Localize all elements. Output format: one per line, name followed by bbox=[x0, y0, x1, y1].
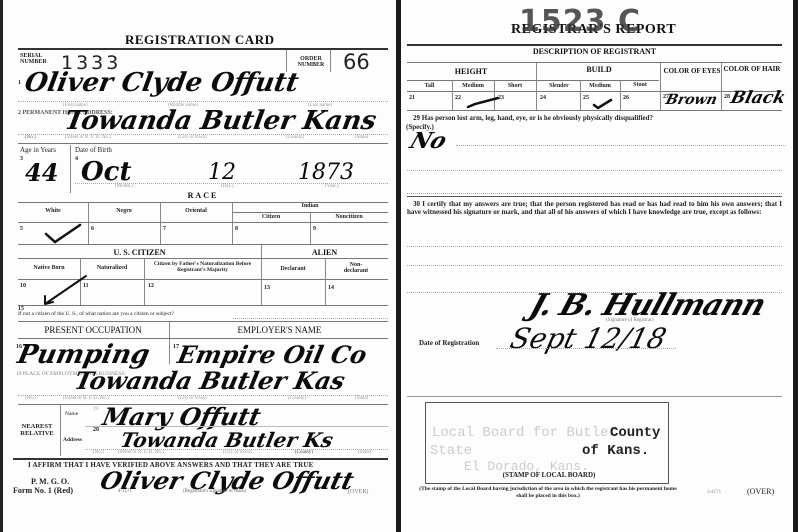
build-medium-label: Medium bbox=[580, 83, 620, 89]
alien-title: ALIEN bbox=[261, 248, 388, 257]
sublabel: (State) bbox=[355, 135, 368, 140]
page-edge bbox=[793, 0, 798, 532]
over-label: (OVER) bbox=[348, 489, 368, 495]
local-board-stamp-box: Local Board for Butler County State of K… bbox=[425, 402, 669, 484]
divider bbox=[18, 338, 388, 339]
field-number: 13 bbox=[264, 285, 270, 291]
field-number: 10 bbox=[20, 283, 26, 289]
divider bbox=[18, 321, 388, 322]
field-number: 8 bbox=[235, 226, 238, 232]
form-code: 4-1171 bbox=[118, 489, 132, 494]
field-number: 12 bbox=[148, 283, 154, 289]
sublabel: (State) bbox=[358, 450, 371, 455]
divider bbox=[144, 258, 145, 305]
sublabel: (Year.) bbox=[325, 184, 339, 189]
divider bbox=[660, 63, 661, 110]
stamp-line-2-faded: State bbox=[430, 443, 472, 459]
divider bbox=[407, 44, 782, 46]
field-number: 25 bbox=[583, 95, 589, 101]
divider bbox=[160, 202, 161, 244]
checkmark-icon bbox=[591, 98, 613, 110]
description-title: DESCRIPTION OF REGISTRANT bbox=[407, 47, 782, 56]
field-number: 19 bbox=[93, 407, 98, 412]
divider bbox=[407, 80, 659, 81]
build-stout-label: Stout bbox=[620, 82, 660, 88]
q15-question: If not a citizen of the U. S., of what n… bbox=[18, 312, 174, 318]
hair-color-value: Black bbox=[729, 88, 788, 108]
field-number: 3 bbox=[20, 156, 23, 162]
order-number-label: ORDER NUMBER bbox=[292, 56, 330, 69]
height-medium-label: Medium bbox=[452, 83, 494, 89]
divider bbox=[232, 202, 233, 244]
divider bbox=[407, 196, 782, 197]
relative-address-label: Address bbox=[63, 438, 82, 444]
divider bbox=[536, 63, 537, 110]
divider bbox=[88, 202, 89, 244]
divider bbox=[18, 143, 388, 144]
divider bbox=[407, 193, 782, 194]
field-number: 4 bbox=[75, 156, 78, 162]
q29-answer: No bbox=[406, 128, 450, 154]
divider bbox=[407, 246, 782, 247]
divider bbox=[407, 265, 782, 266]
checkmark-icon bbox=[41, 274, 89, 308]
field-number: 9 bbox=[313, 226, 316, 232]
divider bbox=[233, 318, 388, 319]
divider bbox=[407, 91, 782, 92]
divider bbox=[325, 258, 326, 305]
age-label: Age in Years bbox=[20, 147, 56, 154]
divider bbox=[452, 80, 453, 110]
field-number: 22 bbox=[455, 95, 461, 101]
checkmark-icon bbox=[43, 222, 83, 246]
field-number: 20 bbox=[93, 427, 99, 433]
relative-name-label: Name bbox=[65, 412, 78, 418]
field-number: 21 bbox=[409, 95, 415, 101]
age-value: 44 bbox=[25, 158, 58, 187]
divider bbox=[85, 426, 388, 427]
sublabel: (County) bbox=[295, 450, 313, 455]
height-short-label: Short bbox=[494, 83, 536, 89]
field-number: 24 bbox=[540, 95, 546, 101]
divider bbox=[261, 245, 262, 305]
form-code: 3-4171 bbox=[707, 490, 721, 495]
registrars-report-page: REGISTRAR'S REPORT 1523 C DESCRIPTION OF… bbox=[401, 0, 793, 532]
height-title: HEIGHT bbox=[407, 67, 535, 76]
field-number: 26 bbox=[623, 95, 629, 101]
sublabel: (Street or R. F. D. No.) bbox=[63, 396, 109, 401]
sublabel: (Street or R. F. D. No.) bbox=[65, 135, 111, 140]
date-of-birth-label: Date of Birth bbox=[75, 147, 112, 154]
race-indian-label: Indian bbox=[232, 203, 388, 209]
field-number: 14 bbox=[328, 285, 334, 291]
build-slender-label: Slender bbox=[538, 83, 580, 89]
us-citizen-title: U. S. CITIZEN bbox=[18, 248, 261, 257]
sublabel: (No.) bbox=[93, 450, 104, 455]
divider bbox=[407, 396, 782, 397]
sublabel: (No.) bbox=[25, 135, 36, 140]
date-of-registration-value: Sept 12/18 bbox=[507, 322, 670, 355]
declarant-label: Declarant bbox=[261, 266, 325, 272]
native-born-label: Native Born bbox=[18, 265, 80, 271]
divider bbox=[496, 348, 676, 349]
field-number: 6 bbox=[91, 226, 94, 232]
divider bbox=[580, 80, 581, 110]
sublabel: (City or town) bbox=[178, 396, 207, 401]
divider bbox=[18, 244, 388, 245]
permanent-address-value: Towanda Butler Kans bbox=[62, 106, 378, 136]
sublabel: (County) bbox=[288, 396, 306, 401]
over-label: (OVER) bbox=[747, 488, 774, 496]
divider bbox=[70, 145, 71, 193]
checkmark-icon bbox=[465, 96, 501, 110]
race-title: RACE bbox=[18, 191, 388, 200]
card-title: REGISTRATION CARD bbox=[125, 32, 274, 48]
divider bbox=[18, 101, 388, 102]
stamp-line-1-typed: County bbox=[610, 425, 660, 441]
q29-question: 29 Has person lost arm, leg, hand, eye, … bbox=[413, 115, 653, 122]
sublabel: (City or town) bbox=[178, 135, 207, 140]
stamp-instruction-note: (The stamp of the Local Board having jur… bbox=[417, 486, 679, 500]
race-indian-citizen-label: Citizen bbox=[232, 214, 310, 220]
registration-card-page: REGISTRATION CARD SERIAL NUMBER 1333 ORD… bbox=[0, 0, 398, 532]
stamp-line-1-faded: Local Board for Butler bbox=[432, 425, 617, 441]
stamp-line-2-typed: of Kans. bbox=[582, 443, 649, 459]
field-number: 7 bbox=[163, 226, 166, 232]
divider bbox=[721, 63, 722, 110]
divider bbox=[169, 322, 170, 364]
color-of-hair-title: COLOR OF HAIR bbox=[721, 65, 783, 73]
divider bbox=[407, 110, 782, 111]
race-oriental-label: Oriental bbox=[160, 208, 232, 214]
eye-color-value: Brown bbox=[664, 92, 719, 108]
sublabel: (Street or R. F. D. No.) bbox=[118, 450, 164, 455]
employers-name-title: EMPLOYER'S NAME bbox=[171, 325, 388, 335]
sublabel: (Month.) bbox=[115, 184, 133, 189]
color-of-eyes-title: COLOR OF EYES bbox=[662, 67, 722, 75]
divider bbox=[456, 145, 786, 146]
field-number: 28 bbox=[724, 94, 730, 100]
race-negro-label: Negro bbox=[88, 208, 160, 214]
field-number: 1 bbox=[18, 80, 21, 86]
date-of-registration-label: Date of Registration bbox=[419, 340, 479, 347]
present-occupation-title: PRESENT OCCUPATION bbox=[18, 325, 168, 335]
birth-day-value: 12 bbox=[208, 160, 236, 185]
sublabel: (State) bbox=[355, 396, 368, 401]
stamp-caption: (STAMP OF LOCAL BOARD) bbox=[484, 472, 614, 479]
q30-certification: 30 I certify that my answers are true; t… bbox=[407, 200, 782, 217]
stamp-number: 1523 C bbox=[519, 4, 641, 39]
divider bbox=[310, 212, 311, 244]
form-line-2: Form No. 1 (Red) bbox=[13, 487, 73, 495]
divider bbox=[18, 258, 388, 259]
citizen-by-father-label: Citizen by Father's Naturalization Befor… bbox=[146, 261, 259, 273]
birth-year-value: 1873 bbox=[298, 160, 354, 185]
place-of-employment-value: Towanda Butler Kas bbox=[72, 366, 348, 395]
divider bbox=[18, 305, 388, 306]
divider bbox=[330, 50, 331, 72]
sublabel: (Day.) bbox=[221, 184, 234, 189]
race-indian-noncitizen-label: Noncitizen bbox=[310, 214, 388, 220]
naturalized-label: Naturalized bbox=[80, 265, 144, 271]
sublabel: (City or town) bbox=[223, 450, 252, 455]
divider bbox=[620, 80, 621, 110]
divider bbox=[407, 170, 782, 171]
divider bbox=[13, 458, 388, 460]
build-title: BUILD bbox=[538, 65, 660, 74]
non-declarant-label: Non-declarant bbox=[325, 262, 387, 274]
employer-value: Empire Oil Co bbox=[175, 340, 370, 369]
race-white-label: White bbox=[18, 208, 88, 214]
divider bbox=[407, 62, 782, 63]
signature-sublabel: (Registrant's signature or mark) bbox=[183, 489, 246, 494]
order-number-value: 66 bbox=[343, 50, 370, 74]
registrant-name: Oliver Clyde Offutt bbox=[22, 68, 301, 98]
field-number: 5 bbox=[20, 226, 23, 232]
divider bbox=[18, 48, 388, 50]
sublabel: (County) bbox=[286, 135, 304, 140]
sublabel: (No.) bbox=[25, 396, 36, 401]
height-tall-label: Tall bbox=[407, 83, 452, 89]
nearest-relative-label: NEAREST RELATIVE bbox=[16, 424, 58, 438]
divider bbox=[60, 404, 61, 456]
serial-number-label: SERIAL NUMBER bbox=[20, 53, 58, 66]
